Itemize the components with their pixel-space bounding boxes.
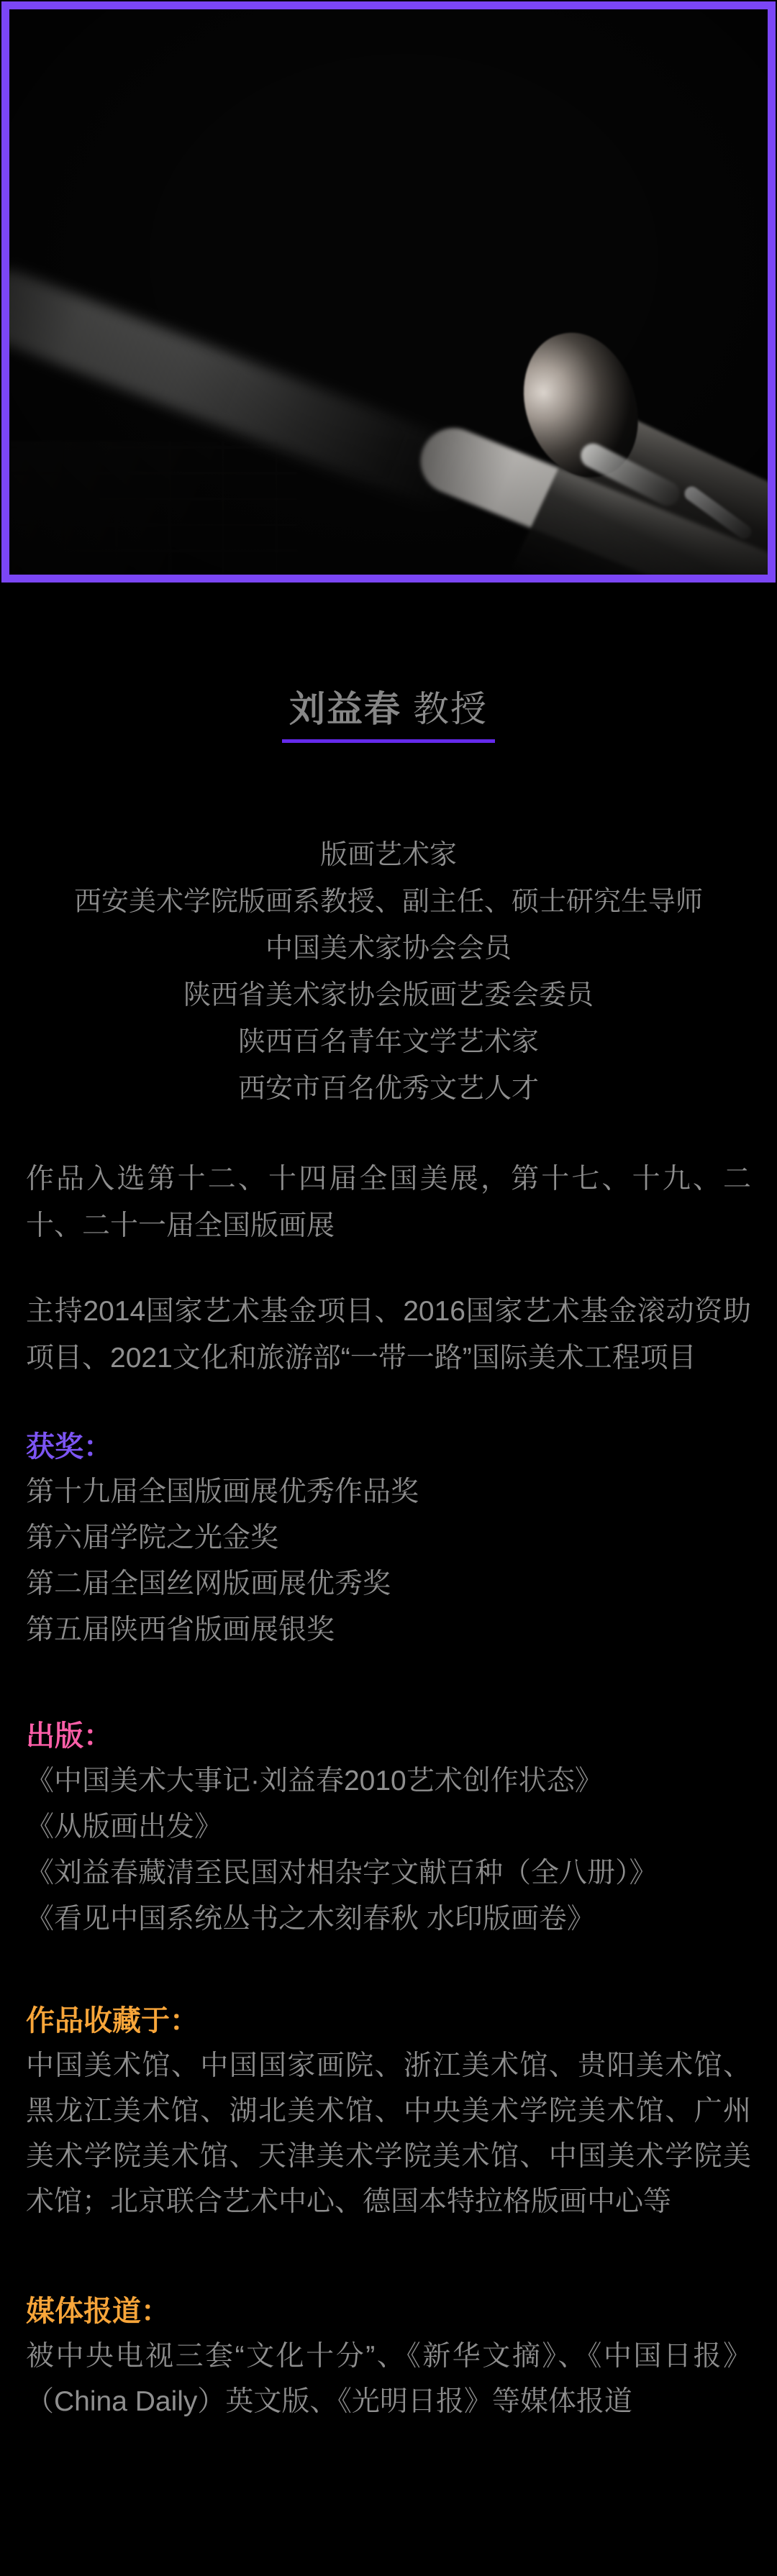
title-block: 刘益春 教授 xyxy=(0,680,777,743)
publications-list: 《中国美术大事记·刘益春2010艺术创作状态》 《从版画出发》 《刘益春藏清至民… xyxy=(26,1758,751,1942)
photo-vignette xyxy=(9,9,768,575)
award-item: 第六届学院之光金奖 xyxy=(26,1515,751,1561)
projects-paragraph: 主持2014国家艺术基金项目、2016国家艺术基金滚动资助项目、2021文化和旅… xyxy=(26,1288,751,1381)
awards-section: 获奖： 第十九届全国版画展优秀作品奖 第六届学院之光金奖 第二届全国丝网版画展优… xyxy=(26,1425,751,1653)
award-item: 第五届陕西省版画展银奖 xyxy=(26,1607,751,1653)
intro-line: 中国美术家协会会员 xyxy=(0,926,777,972)
intro-line: 西安美术学院版画系教授、副主任、硕士研究生导师 xyxy=(0,879,777,926)
publications-section-label: 出版： xyxy=(26,1714,751,1758)
intro-line: 陕西省美术家协会版画艺委会委员 xyxy=(0,972,777,1019)
intro-credentials: 版画艺术家 西安美术学院版画系教授、副主任、硕士研究生导师 中国美术家协会会员 … xyxy=(0,832,777,1113)
intro-line: 版画艺术家 xyxy=(0,832,777,879)
award-item: 第十九届全国版画展优秀作品奖 xyxy=(26,1469,751,1515)
collections-paragraph: 中国美术馆、中国国家画院、浙江美术馆、贵阳美术馆、黑龙江美术馆、湖北美术馆、中央… xyxy=(26,2043,751,2224)
exhibitions-paragraph: 作品入选第十二、十四届全国美展，第十七、十九、二十、二十一届全国版画展 xyxy=(26,1156,751,1249)
page: { "page": { "background": "#000000", "bo… xyxy=(0,1,777,2466)
collections-section: 作品收藏于： 中国美术馆、中国国家画院、浙江美术馆、贵阳美术馆、黑龙江美术馆、湖… xyxy=(26,1999,751,2224)
media-section-label: 媒体报道： xyxy=(26,2289,751,2334)
awards-list: 第十九届全国版画展优秀作品奖 第六届学院之光金奖 第二届全国丝网版画展优秀奖 第… xyxy=(26,1469,751,1653)
hero-photo-frame xyxy=(1,1,776,583)
publication-item: 《看见中国系统丛书之木刻春秋 水印版画卷》 xyxy=(26,1896,751,1942)
artist-name: 刘益春 xyxy=(289,689,401,729)
publication-item: 《从版画出发》 xyxy=(26,1804,751,1850)
publications-section: 出版： 《中国美术大事记·刘益春2010艺术创作状态》 《从版画出发》 《刘益春… xyxy=(26,1714,751,1942)
award-item: 第二届全国丝网版画展优秀奖 xyxy=(26,1561,751,1607)
intro-line: 西安市百名优秀文艺人才 xyxy=(0,1066,777,1113)
publication-item: 《中国美术大事记·刘益春2010艺术创作状态》 xyxy=(26,1758,751,1804)
hero-photo xyxy=(9,9,768,575)
collections-section-label: 作品收藏于： xyxy=(26,1999,751,2043)
page-title: 刘益春 教授 xyxy=(282,680,495,743)
artist-title: 教授 xyxy=(413,689,488,729)
media-section: 媒体报道： 被中央电视三套“文化十分”、《新华文摘》、《中国日报》（China … xyxy=(26,2289,751,2424)
intro-line: 陕西百名青年文学艺术家 xyxy=(0,1019,777,1066)
publication-item: 《刘益春藏清至民国对相杂字文献百种（全八册）》 xyxy=(26,1850,751,1896)
media-paragraph: 被中央电视三套“文化十分”、《新华文摘》、《中国日报》（China Daily）… xyxy=(26,2334,751,2424)
awards-section-label: 获奖： xyxy=(26,1425,751,1469)
